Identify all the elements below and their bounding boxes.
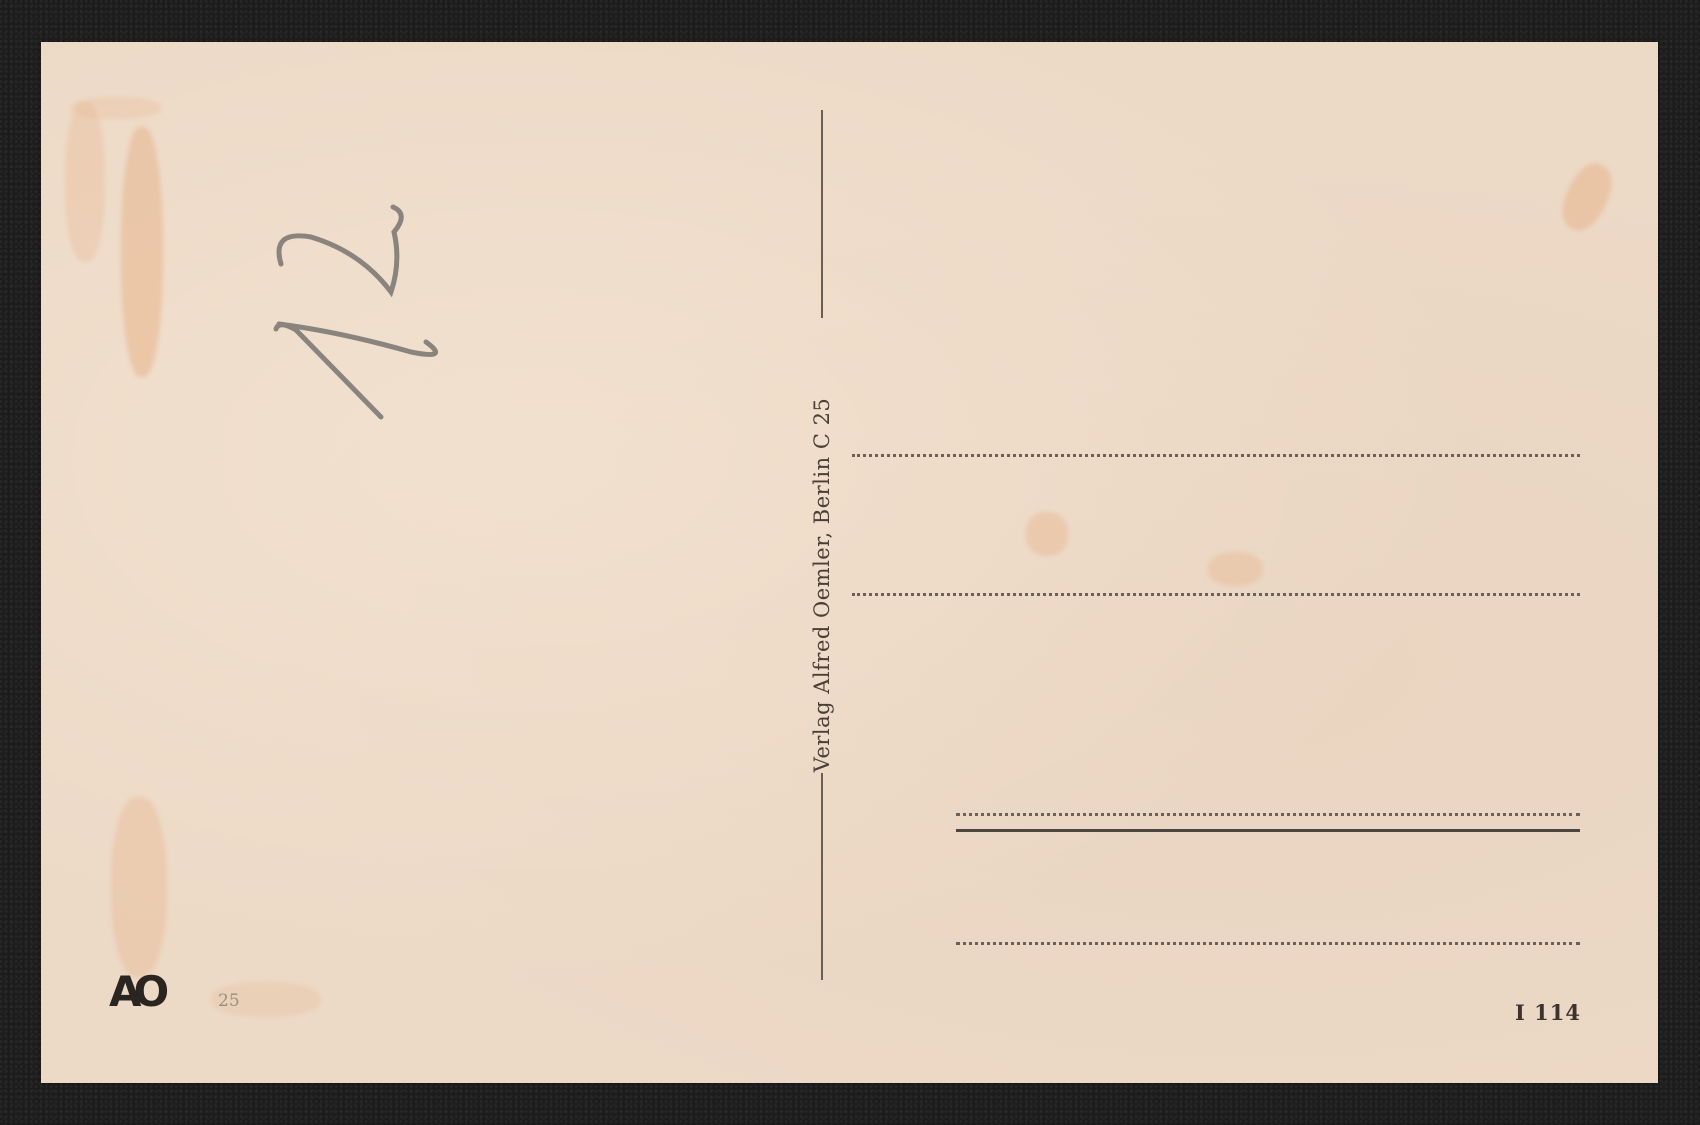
- logo-number: 25: [218, 991, 240, 1011]
- stain-bottom-left: [111, 797, 167, 977]
- catalog-number: I 114: [1515, 1000, 1581, 1025]
- stain-top-left-1: [65, 102, 105, 262]
- stain-center-1: [1026, 512, 1068, 556]
- center-divider-top: [821, 110, 823, 318]
- publisher-logo: AO: [109, 967, 161, 1016]
- address-line-2: [852, 593, 1580, 596]
- postcard-back: Verlag Alfred Oemler, Berlin C 25 AO 25 …: [41, 42, 1658, 1083]
- address-line-4: [956, 942, 1580, 945]
- stain-top-left-2: [121, 127, 163, 377]
- address-line-3: [956, 813, 1580, 816]
- address-line-1: [852, 454, 1580, 457]
- center-divider-bottom: [821, 773, 823, 980]
- handwritten-number: [251, 192, 471, 472]
- stain-center-2: [1208, 552, 1263, 586]
- stain-top-right: [1554, 157, 1620, 237]
- publisher-imprint: Verlag Alfred Oemler, Berlin C 25: [810, 398, 834, 773]
- address-underline: [956, 829, 1580, 832]
- stain-top-left-3: [71, 97, 161, 119]
